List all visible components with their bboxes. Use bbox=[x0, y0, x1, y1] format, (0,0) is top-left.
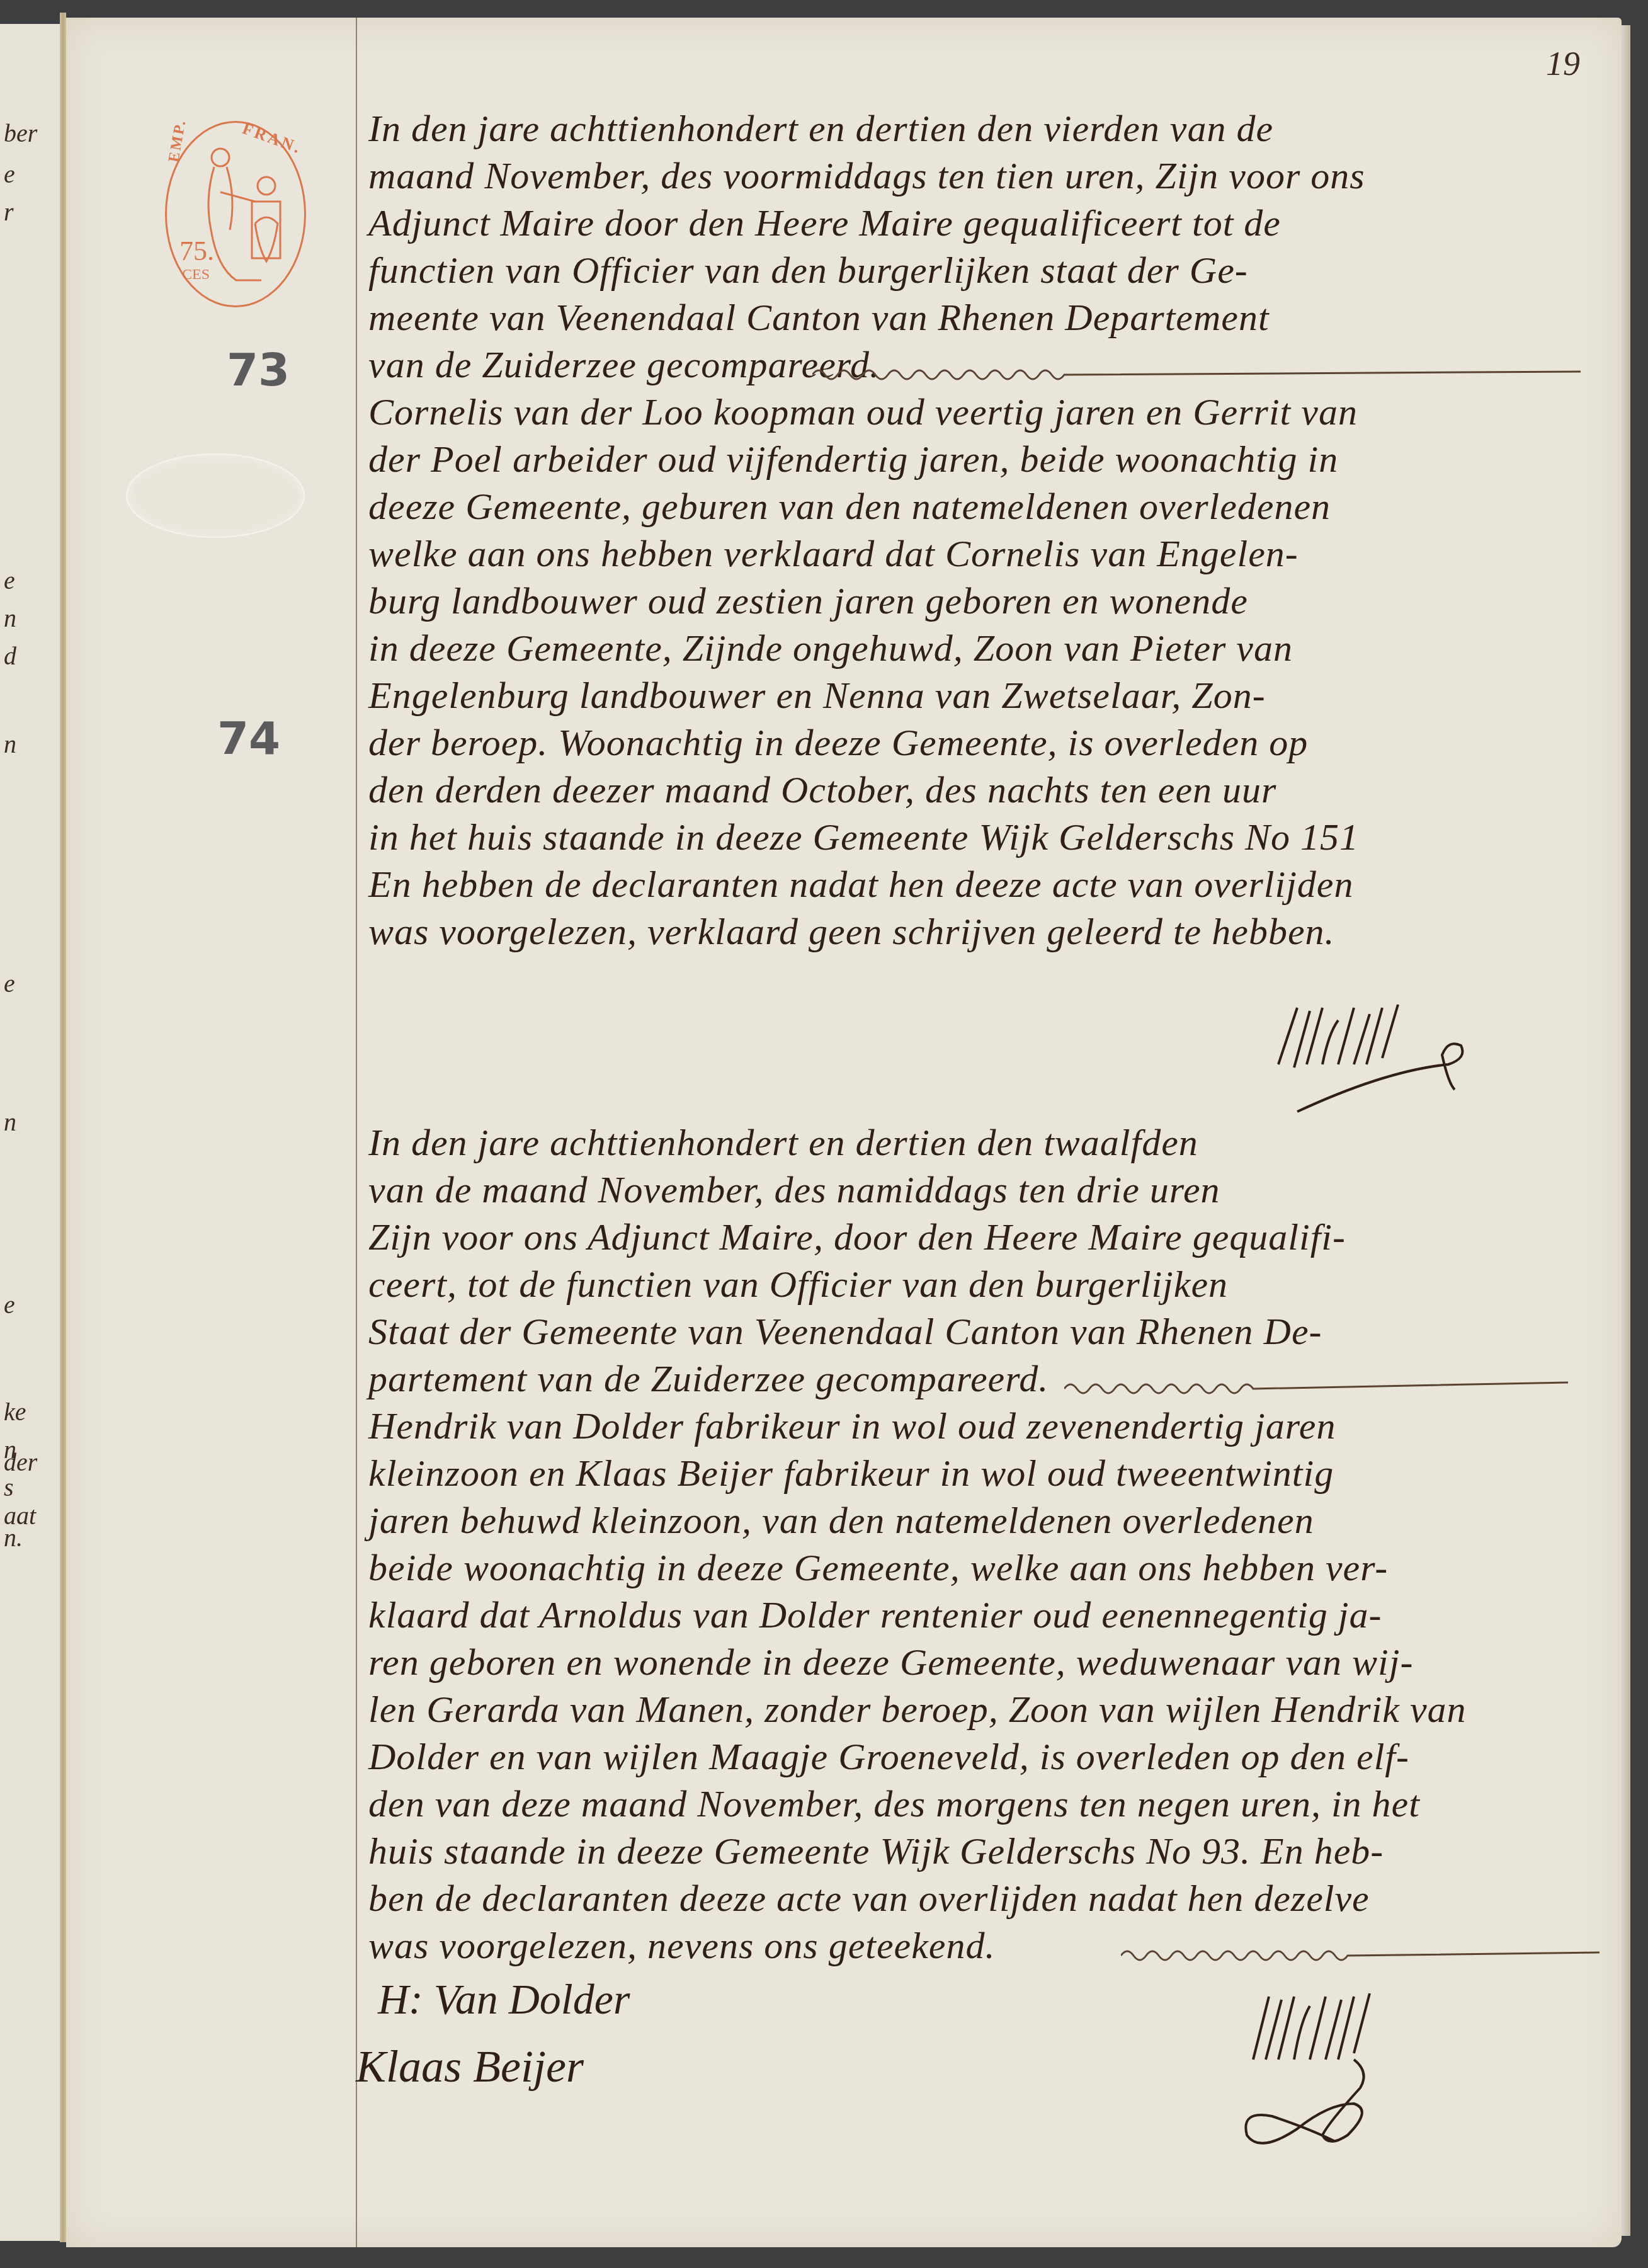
facing-page-fragment: s bbox=[4, 1473, 14, 1502]
facing-page-fragment: n bbox=[4, 729, 16, 759]
text-line: Engelenburg landbouwer en Nenna van Zwet… bbox=[368, 674, 1266, 717]
text-line: was voorgelezen, nevens ons geteekend. bbox=[368, 1924, 995, 1968]
facing-page-fragment: ber bbox=[4, 118, 37, 148]
stamp-value: 75. bbox=[179, 235, 214, 267]
facing-page-fragment: e bbox=[4, 1290, 15, 1319]
text-line: van de Zuiderzee gecompareerd. bbox=[368, 343, 880, 387]
text-line: ceert, tot de functien van Officier van … bbox=[368, 1263, 1228, 1306]
text-line: in het huis staande in deeze Gemeente Wi… bbox=[368, 816, 1359, 859]
tax-stamp: FRAN. EMP. 75. CES bbox=[165, 121, 306, 307]
text-line: den derden deezer maand October, des nac… bbox=[368, 768, 1276, 812]
text-line: den van deze maand November, des morgens… bbox=[368, 1782, 1420, 1826]
entry-number-74: 74 bbox=[217, 712, 280, 765]
text-line: In den jare achttienhondert en dertien d… bbox=[368, 107, 1273, 151]
text-line: klaard dat Arnoldus van Dolder rentenier… bbox=[368, 1593, 1382, 1637]
facing-page-fragment: n bbox=[4, 1107, 16, 1137]
text-line: En hebben de declaranten nadat hen deeze… bbox=[368, 863, 1353, 906]
text-line: meente van Veenendaal Canton van Rhenen … bbox=[368, 296, 1270, 339]
stamp-unit: CES bbox=[182, 266, 210, 283]
facing-page-edge: ber e r e n d n e n e ke n der s aat n. bbox=[0, 24, 61, 2241]
facing-page-fragment: ke bbox=[4, 1397, 26, 1427]
page-stack-edge bbox=[1622, 25, 1630, 2236]
facing-page-fragment: n bbox=[4, 603, 16, 633]
adjunct-maire-signature-2 bbox=[1234, 1978, 1524, 2167]
facing-page-fragment: n. bbox=[4, 1523, 23, 1553]
text-line: burg landbouwer oud zestien jaren gebore… bbox=[368, 579, 1248, 623]
text-line: Hendrik van Dolder fabrikeur in wol oud … bbox=[368, 1405, 1336, 1448]
binding-thread bbox=[60, 13, 66, 2242]
text-line: Adjunct Maire door den Heere Maire gequa… bbox=[368, 202, 1281, 245]
text-line: len Gerarda van Manen, zonder beroep, Zo… bbox=[368, 1688, 1467, 1731]
text-line: Staat der Gemeente van Veenendaal Canton… bbox=[368, 1310, 1322, 1353]
folio-number: 19 bbox=[1546, 44, 1580, 83]
text-line: deeze Gemeente, geburen van den natemeld… bbox=[368, 485, 1331, 528]
embossed-seal bbox=[126, 453, 305, 538]
facing-page-fragment: r bbox=[4, 197, 14, 227]
text-line: Dolder en van wijlen Maagje Groeneveld, … bbox=[368, 1735, 1409, 1779]
text-line: partement van de Zuiderzee gecompareerd. bbox=[368, 1357, 1048, 1401]
text-line: welke aan ons hebben verklaard dat Corne… bbox=[368, 532, 1299, 576]
text-line: beide woonachtig in deeze Gemeente, welk… bbox=[368, 1546, 1388, 1590]
text-line: ben de declaranten deeze acte van overli… bbox=[368, 1877, 1370, 1920]
line-filler-flourish bbox=[1064, 1376, 1574, 1395]
text-line: maand November, des voormiddags ten tien… bbox=[368, 154, 1365, 198]
text-line: Zijn voor ons Adjunct Maire, door den He… bbox=[368, 1216, 1346, 1259]
facing-page-fragment: e bbox=[4, 969, 15, 998]
text-line: der beroep. Woonachtig in deeze Gemeente… bbox=[368, 721, 1308, 765]
text-line: jaren behuwd kleinzoon, van den natemeld… bbox=[368, 1499, 1314, 1542]
text-line: huis staande in deeze Gemeente Wijk Geld… bbox=[368, 1830, 1384, 1873]
witness-signature-van-dolder: H: Van Dolder bbox=[378, 1975, 630, 2024]
text-line: Cornelis van der Loo koopman oud veertig… bbox=[368, 390, 1358, 434]
line-filler-flourish bbox=[812, 362, 1581, 381]
text-line: van de maand November, des namiddags ten… bbox=[368, 1168, 1220, 1212]
entry-number-73: 73 bbox=[227, 343, 290, 396]
text-line: functien van Officier van den burgerlijk… bbox=[368, 249, 1248, 292]
text-line: der Poel arbeider oud vijfendertig jaren… bbox=[368, 438, 1338, 481]
margin-rule-line bbox=[356, 18, 357, 2247]
text-line: In den jare achttienhondert en dertien d… bbox=[368, 1121, 1198, 1165]
line-filler-flourish bbox=[1121, 1943, 1600, 1962]
witness-signature-beijer: Klaas Beijer bbox=[356, 2041, 584, 2093]
text-line: ren geboren en wonende in deeze Gemeente… bbox=[368, 1641, 1413, 1684]
text-line: kleinzoon en Klaas Beijer fabrikeur in w… bbox=[368, 1452, 1334, 1495]
facing-page-fragment: e bbox=[4, 159, 15, 189]
facing-page-fragment: e bbox=[4, 566, 15, 595]
facing-page-fragment: d bbox=[4, 641, 16, 671]
text-line: was voorgelezen, verklaard geen schrijve… bbox=[368, 910, 1335, 954]
adjunct-maire-signature-1 bbox=[1259, 995, 1524, 1121]
text-line: in deeze Gemeente, Zijnde ongehuwd, Zoon… bbox=[368, 627, 1293, 670]
